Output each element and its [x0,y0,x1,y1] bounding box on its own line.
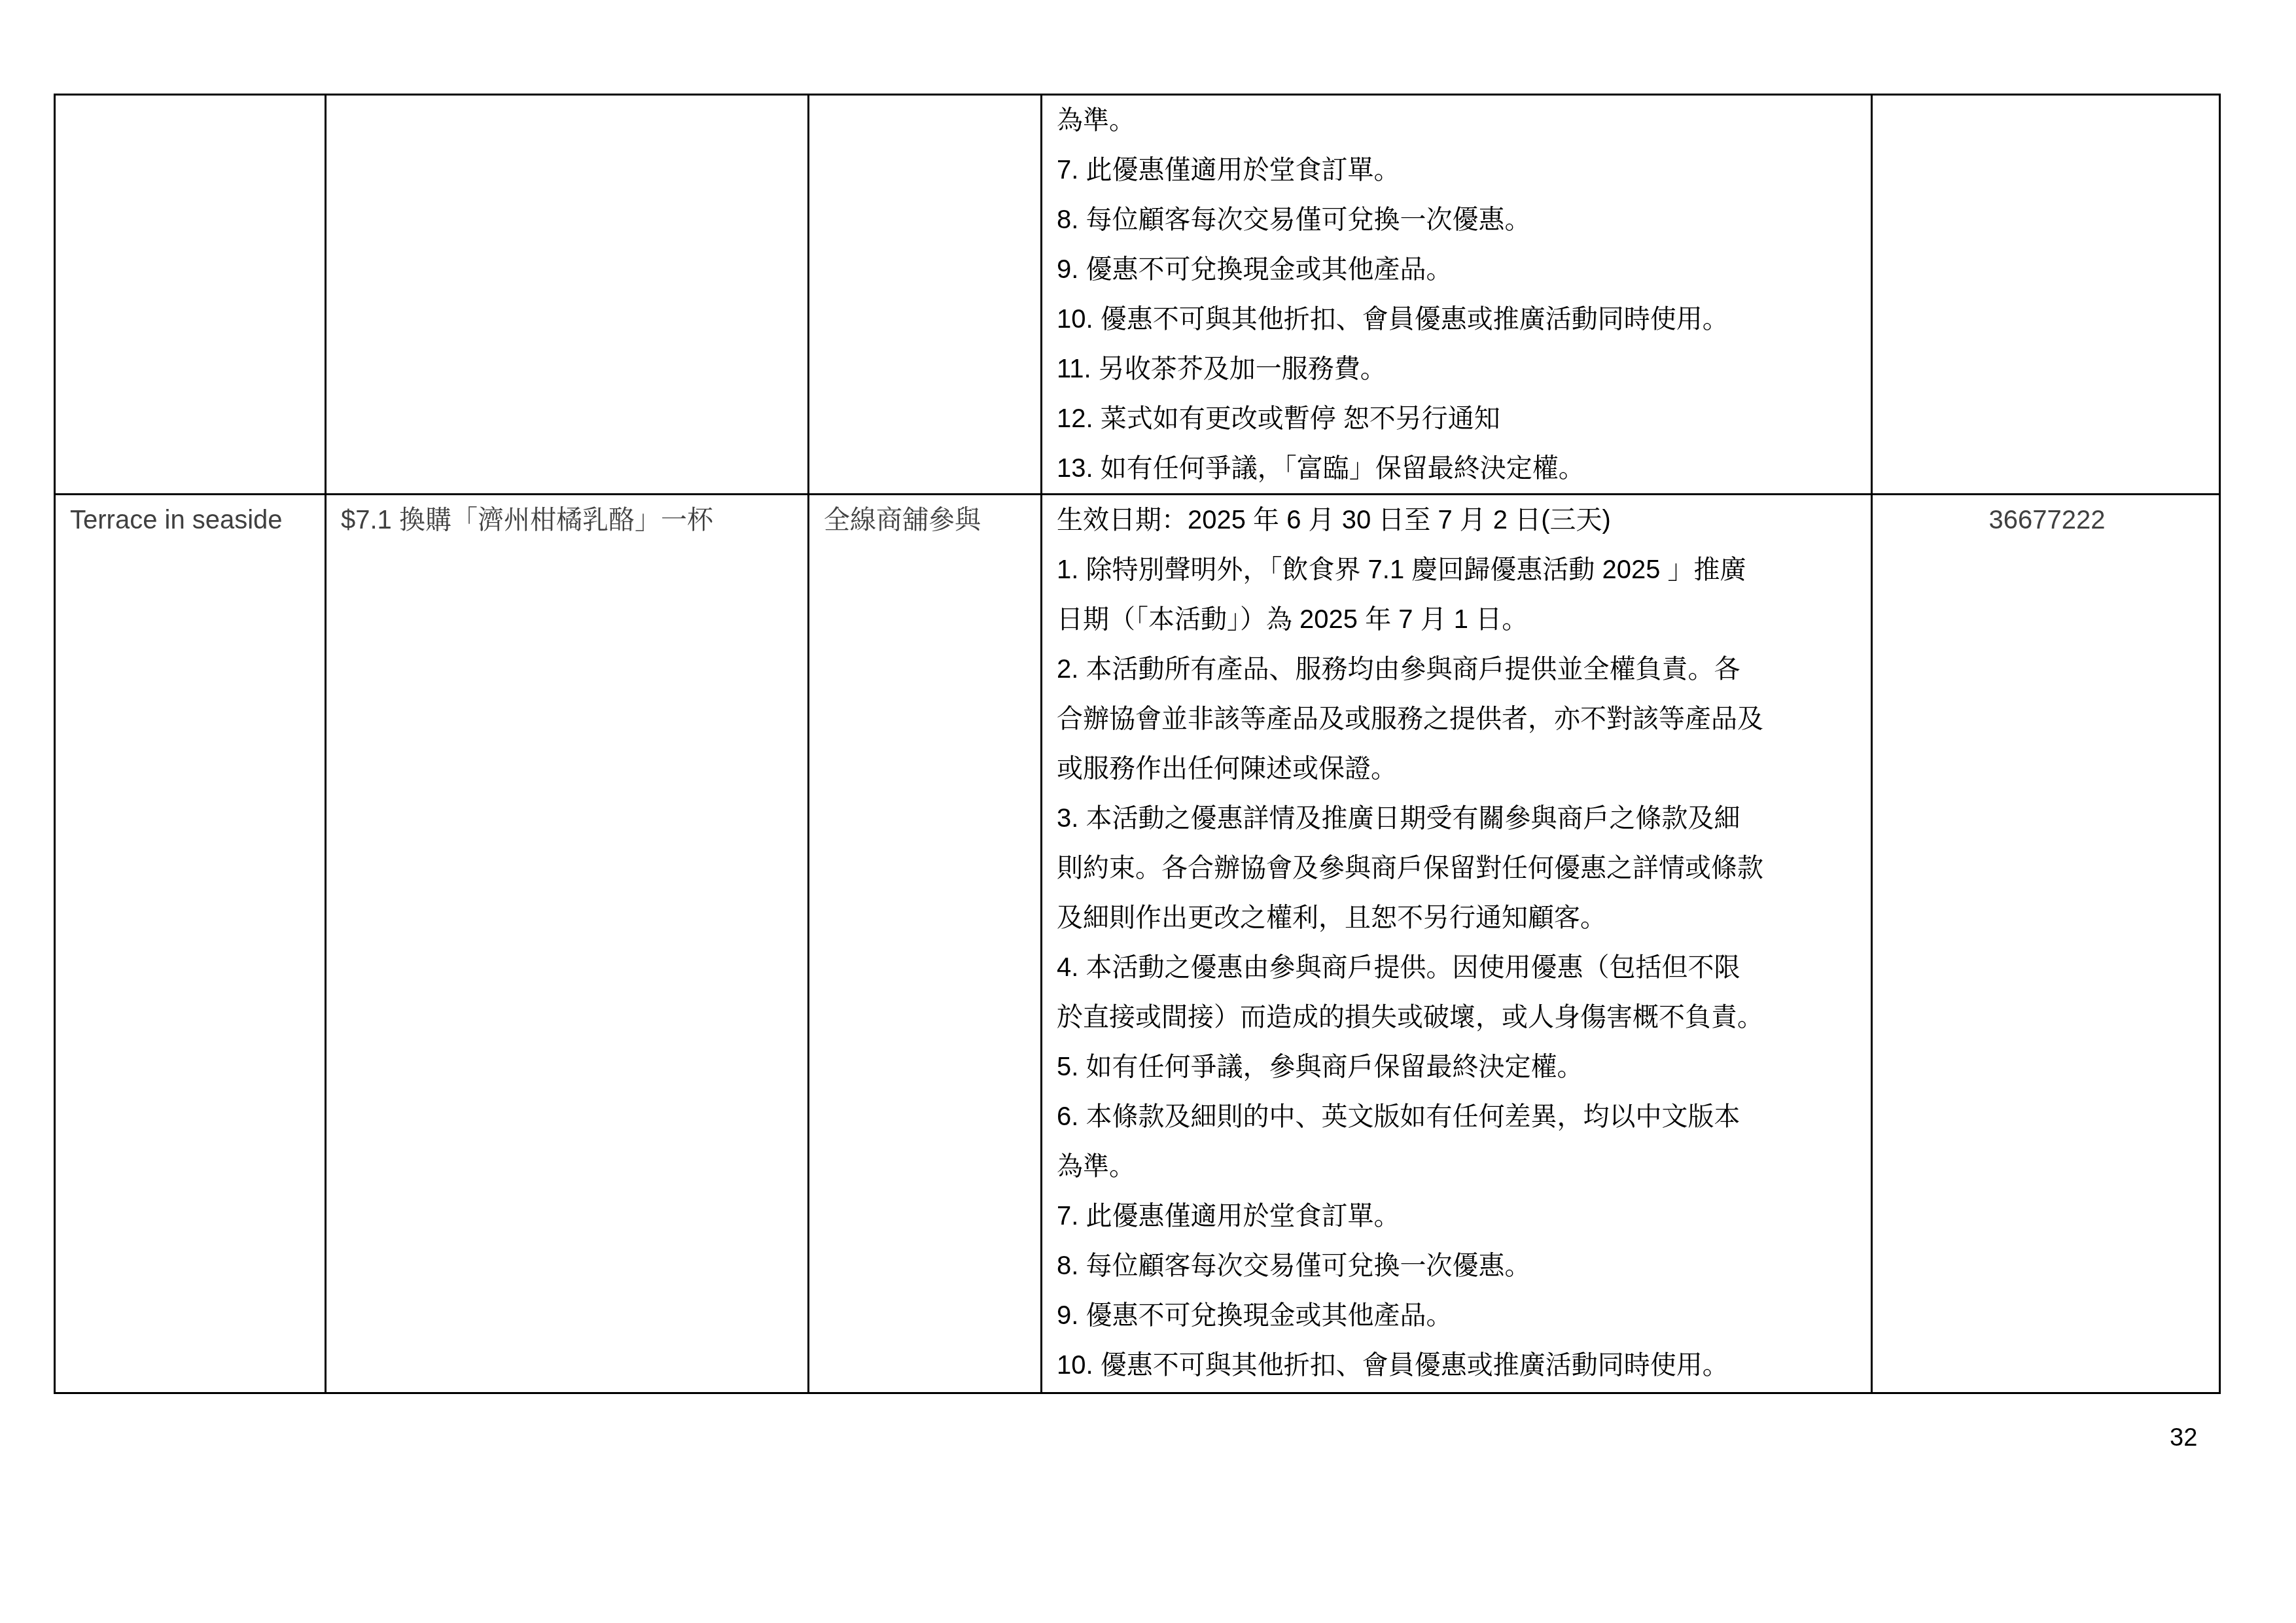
offers-table: 為準。 7. 此優惠僅適用於堂食訂單。 8. 每位顧客每次交易僅可兌換一次優惠。… [54,94,2221,1394]
offer-cell: $7.1 換購「濟州柑橘乳酪」一杯 [326,495,809,1393]
page-number: 32 [2170,1423,2197,1452]
terms-line: 1. 除特別聲明外，「飲食界 7.1 慶回歸優惠活動 2025 」推廣 [1057,545,1859,595]
terms-line: 或服務作出任何陳述或保證。 [1057,744,1859,794]
terms-line: 為準。 [1057,1142,1859,1191]
table-row: 為準。 7. 此優惠僅適用於堂食訂單。 8. 每位顧客每次交易僅可兌換一次優惠。… [55,95,2220,495]
terms-line: 6. 本條款及細則的中、英文版如有任何差異，均以中文版本 [1057,1092,1859,1142]
participation-cell: 全線商舖參與 [809,495,1042,1393]
merchant-cell: Terrace in seaside [55,495,326,1393]
participation-cell [809,95,1042,495]
terms-line: 為準。 [1057,96,1859,145]
terms-line: 日期（「本活動」）為 2025 年 7 月 1 日。 [1057,595,1859,644]
merchant-cell [55,95,326,495]
terms-line: 5. 如有任何爭議，參與商戶保留最終決定權。 [1057,1042,1859,1092]
phone-cell: 36677222 [1872,495,2220,1393]
offer-cell [326,95,809,495]
terms-line: 3. 本活動之優惠詳情及推廣日期受有關參與商戶之條款及細 [1057,794,1859,843]
terms-line: 4. 本活動之優惠由參與商戶提供。因使用優惠（包括但不限 [1057,943,1859,992]
terms-line: 於直接或間接）而造成的損失或破壞，或人身傷害概不負責。 [1057,992,1859,1042]
terms-line: 10. 優惠不可與其他折扣、會員優惠或推廣活動同時使用。 [1057,1340,1859,1390]
terms-line: 則約束。各合辦協會及參與商戶保留對任何優惠之詳情或條款 [1057,843,1859,893]
terms-line: 12. 菜式如有更改或暫停 恕不另行通知 [1057,394,1859,444]
terms-line: 10. 優惠不可與其他折扣、會員優惠或推廣活動同時使用。 [1057,294,1859,344]
terms-line: 8. 每位顧客每次交易僅可兌換一次優惠。 [1057,195,1859,245]
terms-line: 8. 每位顧客每次交易僅可兌換一次優惠。 [1057,1241,1859,1291]
terms-line: 合辦協會並非該等產品及或服務之提供者，亦不對該等產品及 [1057,694,1859,744]
table-row: Terrace in seaside $7.1 換購「濟州柑橘乳酪」一杯 全線商… [55,495,2220,1393]
terms-cell: 為準。 7. 此優惠僅適用於堂食訂單。 8. 每位顧客每次交易僅可兌換一次優惠。… [1042,95,1872,495]
terms-line: 9. 優惠不可兌換現金或其他產品。 [1057,1291,1859,1340]
terms-line: 及細則作出更改之權利，且恕不另行通知顧客。 [1057,893,1859,943]
terms-cell: 生效日期：2025 年 6 月 30 日至 7 月 2 日(三天) 1. 除特別… [1042,495,1872,1393]
terms-line: 7. 此優惠僅適用於堂食訂單。 [1057,1191,1859,1241]
terms-line: 7. 此優惠僅適用於堂食訂單。 [1057,145,1859,195]
phone-cell [1872,95,2220,495]
terms-line: 13. 如有任何爭議，「富臨」保留最終決定權。 [1057,444,1859,493]
terms-line: 9. 優惠不可兌換現金或其他產品。 [1057,245,1859,294]
terms-line: 生效日期：2025 年 6 月 30 日至 7 月 2 日(三天) [1057,495,1859,545]
terms-line: 2. 本活動所有產品、服務均由參與商戶提供並全權負責。各 [1057,644,1859,694]
terms-line: 11. 另收茶芥及加一服務費。 [1057,344,1859,394]
